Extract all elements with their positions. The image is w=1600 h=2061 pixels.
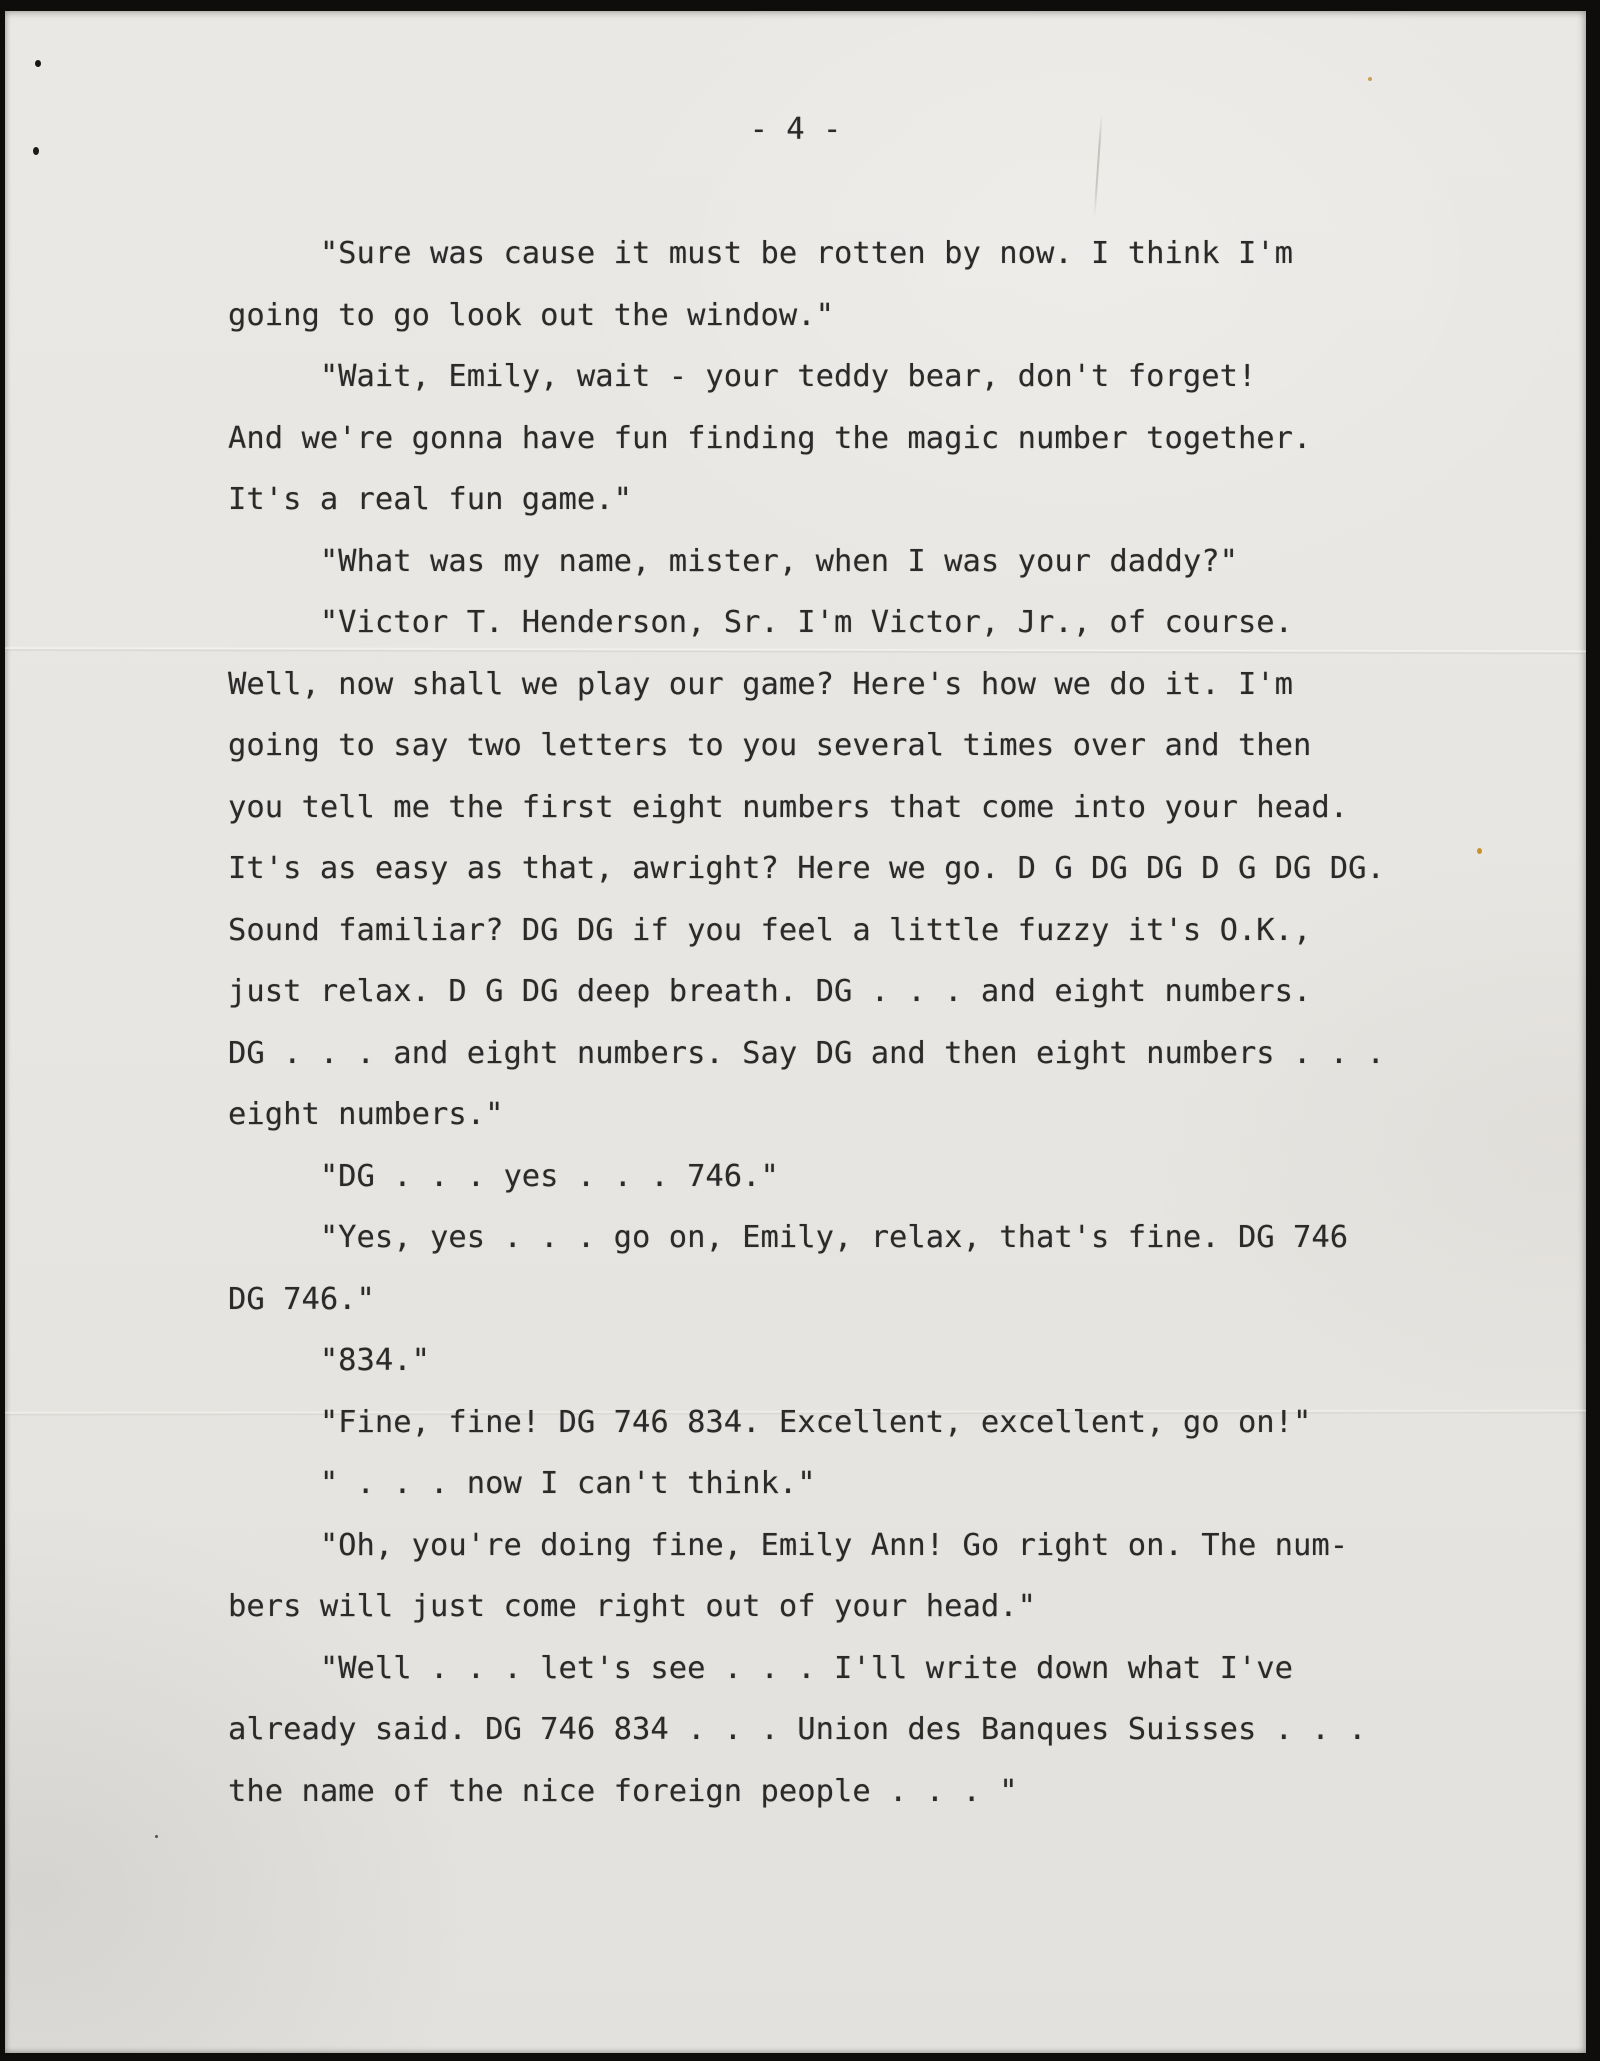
paper-sheet: - 4 - "Sure was cause it must be rotten … — [5, 11, 1586, 2053]
scanned-document: - 4 - "Sure was cause it must be rotten … — [0, 0, 1600, 2061]
text-line: "Sure was cause it must be rotten by now… — [228, 223, 1385, 285]
text-line: "Wait, Emily, wait - your teddy bear, do… — [228, 346, 1385, 408]
text-line: DG . . . and eight numbers. Say DG and t… — [228, 1023, 1385, 1085]
text-line: Well, now shall we play our game? Here's… — [228, 654, 1385, 716]
text-line: just relax. D G DG deep breath. DG . . .… — [228, 961, 1385, 1023]
text-line: "Victor T. Henderson, Sr. I'm Victor, Jr… — [228, 592, 1385, 654]
text-line: "Oh, you're doing fine, Emily Ann! Go ri… — [228, 1515, 1385, 1577]
text-line: Sound familiar? DG DG if you feel a litt… — [228, 900, 1385, 962]
text-line: "Fine, fine! DG 746 834. Excellent, exce… — [228, 1392, 1385, 1454]
text-line: And we're gonna have fun finding the mag… — [228, 408, 1385, 470]
text-line: It's a real fun game." — [228, 469, 1385, 531]
text-line: DG 746." — [228, 1269, 1385, 1331]
text-line: you tell me the first eight numbers that… — [228, 777, 1385, 839]
text-line: "834." — [228, 1330, 1385, 1392]
page-number: - 4 - — [5, 99, 1586, 161]
text-line: "What was my name, mister, when I was yo… — [228, 531, 1385, 593]
text-line: It's as easy as that, awright? Here we g… — [228, 838, 1385, 900]
ink-speck — [1477, 848, 1482, 854]
text-line: "Well . . . let's see . . . I'll write d… — [228, 1638, 1385, 1700]
text-line: the name of the nice foreign people . . … — [228, 1761, 1385, 1823]
text-line: going to say two letters to you several … — [228, 715, 1385, 777]
text-line: already said. DG 746 834 . . . Union des… — [228, 1699, 1385, 1761]
text-line: bers will just come right out of your he… — [228, 1576, 1385, 1638]
text-line: going to go look out the window." — [228, 285, 1385, 347]
document-body: "Sure was cause it must be rotten by now… — [228, 223, 1385, 1822]
text-line: eight numbers." — [228, 1084, 1385, 1146]
text-line: "Yes, yes . . . go on, Emily, relax, tha… — [228, 1207, 1385, 1269]
text-line: "DG . . . yes . . . 746." — [228, 1146, 1385, 1208]
ink-speck — [35, 60, 41, 67]
ink-speck — [155, 1835, 158, 1838]
text-line: " . . . now I can't think." — [228, 1453, 1385, 1515]
ink-speck — [1368, 77, 1372, 81]
